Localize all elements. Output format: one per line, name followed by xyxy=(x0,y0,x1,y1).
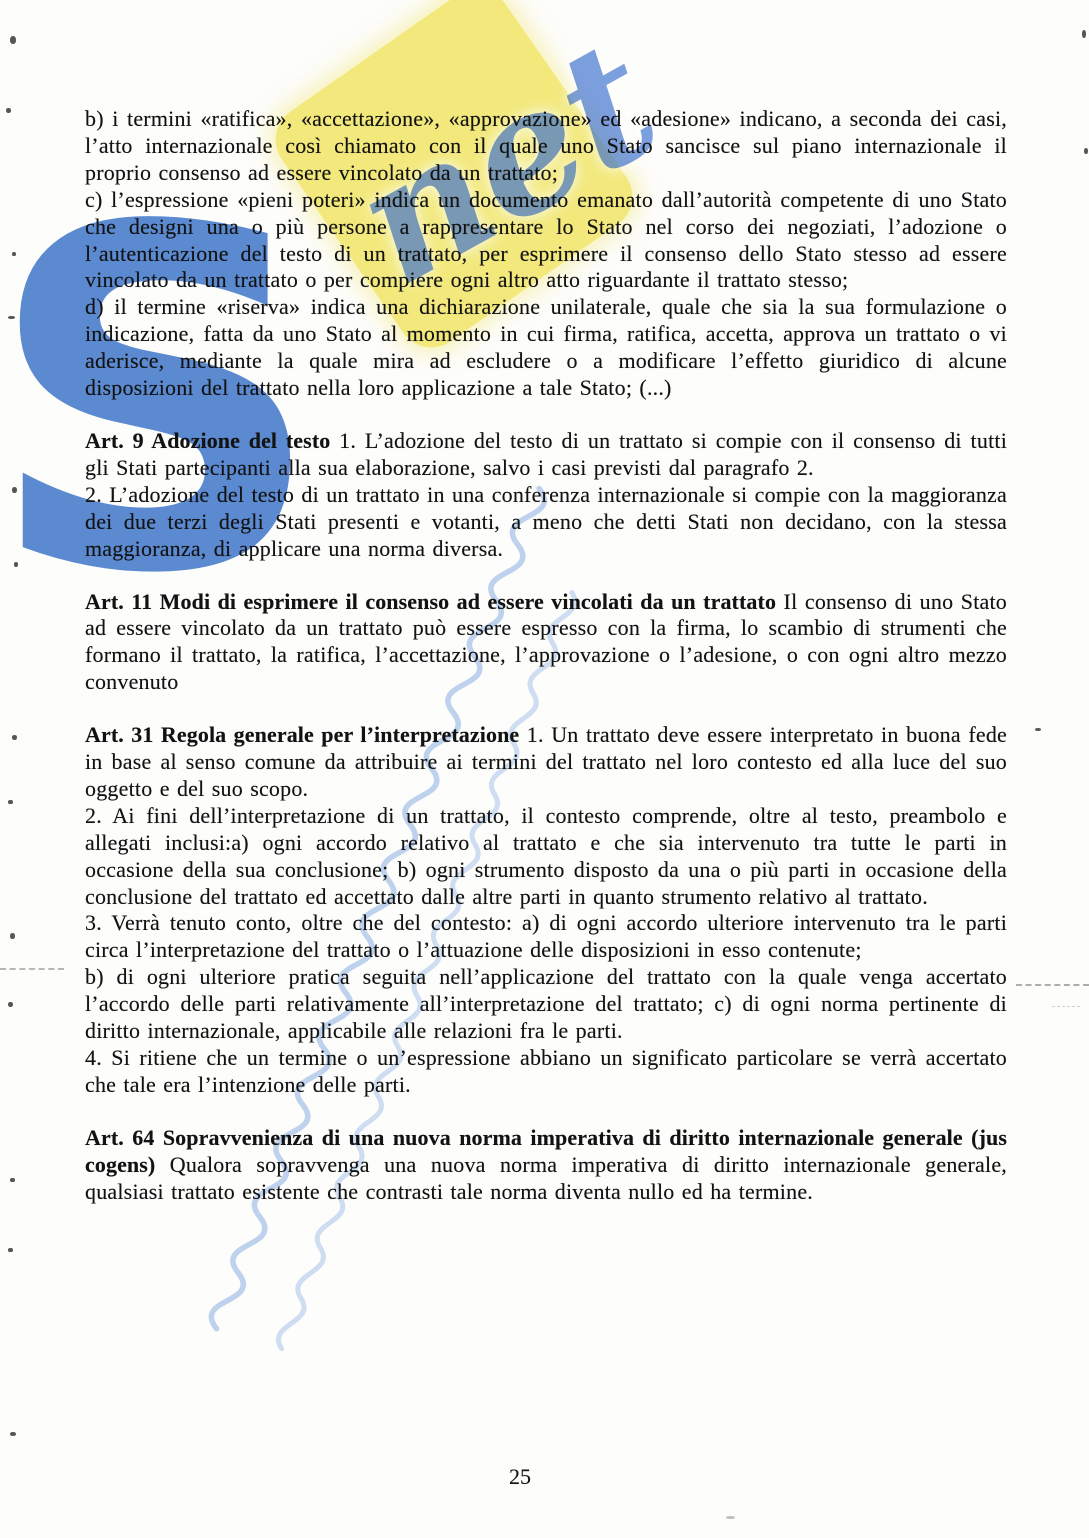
scan-artifact xyxy=(1084,148,1088,154)
paragraph: b) di ogni ulteriore pratica seguita nel… xyxy=(85,964,1007,1045)
scan-artifact xyxy=(6,108,11,113)
scan-artifact xyxy=(1082,30,1086,38)
article-heading: Art. 31 Regola generale per l’interpreta… xyxy=(85,722,519,747)
paragraph: 4. Si ritiene che un termine o un’espres… xyxy=(85,1045,1007,1099)
paragraph-spacer xyxy=(85,563,1007,589)
paragraph: b) i termini «ratifica», «accettazione»,… xyxy=(85,106,1007,187)
scan-artifact xyxy=(8,1248,13,1252)
paragraph: Art. 11 Modi di esprimere il consenso ad… xyxy=(85,589,1007,697)
scan-artifact xyxy=(10,933,15,939)
document-body: b) i termini «ratifica», «accettazione»,… xyxy=(85,106,1007,1206)
scan-artifact xyxy=(8,1002,13,1007)
scan-artifact xyxy=(14,562,18,567)
scan-artifact xyxy=(12,252,16,256)
paragraph: 2. L’adozione del testo di un trattato i… xyxy=(85,482,1007,563)
scan-dashes-left xyxy=(0,968,64,970)
paragraph: 3. Verrà tenuto conto, oltre che del con… xyxy=(85,910,1007,964)
paragraph: Art. 9 Adozione del testo 1. L’adozione … xyxy=(85,428,1007,482)
paragraph: c) l’espressione «pieni poteri» indica u… xyxy=(85,187,1007,295)
paragraph-spacer xyxy=(85,402,1007,428)
scan-artifact xyxy=(8,316,15,319)
scan-dashes-right xyxy=(1016,984,1089,986)
scanned-page: S net b) i termini «ratifica», «accettaz… xyxy=(0,0,1089,1538)
scan-dashes-right-small xyxy=(1052,1006,1080,1007)
paragraph: 2. Ai fini dell’interpretazione di un tr… xyxy=(85,803,1007,911)
paragraph: Art. 64 Sopravvenienza di una nuova norm… xyxy=(85,1125,1007,1206)
paragraph: Art. 31 Regola generale per l’interpreta… xyxy=(85,722,1007,803)
scan-artifact xyxy=(726,1516,735,1519)
paragraph: d) il termine «riserva» indica una dichi… xyxy=(85,294,1007,402)
scan-artifact xyxy=(1035,728,1041,731)
article-heading: Art. 64 Sopravvenienza di una nuova norm… xyxy=(85,1125,1007,1177)
scan-artifact xyxy=(10,1178,15,1182)
article-heading: Art. 11 Modi di esprimere il consenso ad… xyxy=(85,589,776,614)
scan-artifact xyxy=(10,36,16,44)
scan-artifact xyxy=(8,800,13,804)
paragraph-spacer xyxy=(85,696,1007,722)
scan-artifact xyxy=(12,487,17,493)
page-number: 25 xyxy=(455,1464,585,1490)
article-heading: Art. 9 Adozione del testo xyxy=(85,428,330,453)
paragraph-spacer xyxy=(85,1099,1007,1125)
scan-artifact xyxy=(12,735,17,740)
scan-artifact xyxy=(10,1432,16,1436)
